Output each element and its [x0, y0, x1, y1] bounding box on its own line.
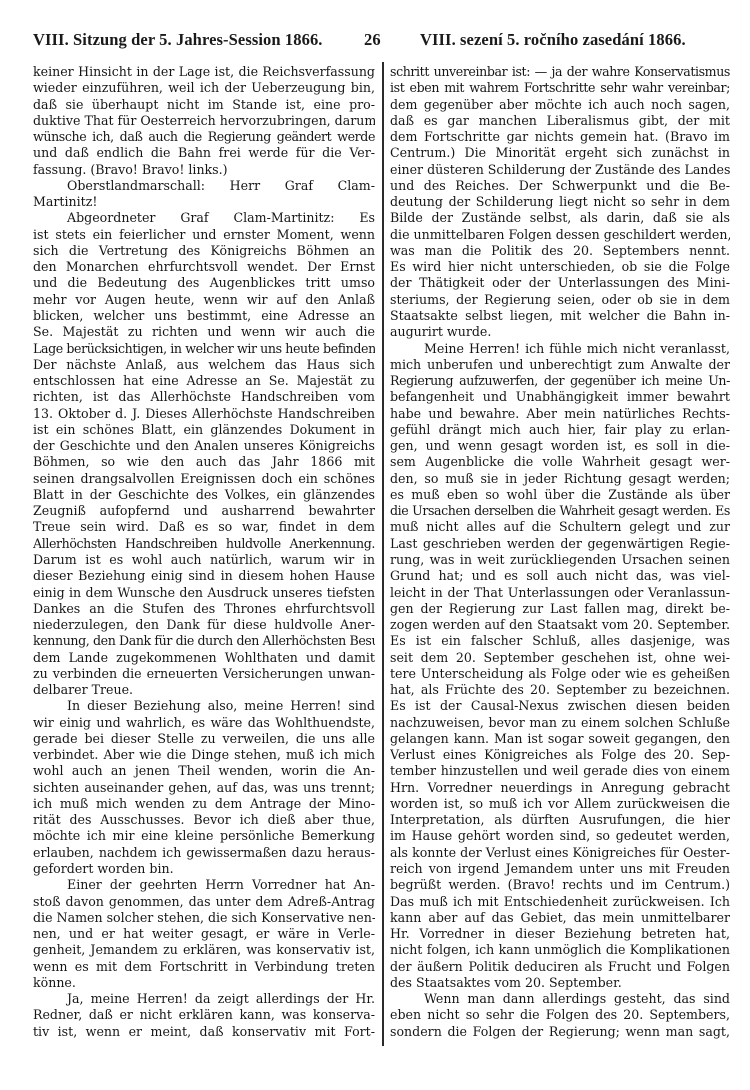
- text-line: mich unberufen und unberechtigt zum Anwa…: [390, 357, 730, 373]
- text-line: wünsche ich, daß auch die Regierung geän…: [33, 129, 375, 145]
- text-line: muß nicht alles auf die Schultern gelegt…: [390, 519, 730, 535]
- text-line: rung, was in weit zurückliegenden Ursach…: [390, 552, 730, 568]
- text-line: daß sie überhaupt nicht im Stande ist, e…: [33, 97, 375, 113]
- text-line: duktive That für Oesterreich hervorzubri…: [33, 113, 375, 129]
- right-column-text: schritt unvereinbar ist: — ja der wahre …: [390, 64, 730, 1040]
- text-line: wir einig und wahrlich, es wäre das Wohl…: [33, 715, 375, 731]
- text-line: möchte ich mir eine kleine persönliche B…: [33, 828, 375, 844]
- text-line: dem Lande zugekommenen Wohlthaten und da…: [33, 650, 375, 666]
- text-line: Blatt in der Geschichte des Volkes, ein …: [33, 487, 375, 503]
- text-line: kann aber auf das Gebiet, das mein unmit…: [390, 910, 730, 926]
- text-line: keiner Hinsicht in der Lage ist, die Rei…: [33, 64, 375, 80]
- text-line: 13. Oktober d. J. Dieses Allerhöchste Ha…: [33, 406, 375, 422]
- text-line: Darum ist es wohl auch natürlich, warum …: [33, 552, 375, 568]
- text-line: der Geschichte und den Analen unseres Kö…: [33, 438, 375, 454]
- text-line: Redner, daß er nicht erklären kann, was …: [33, 1007, 375, 1023]
- text-line: delbarer Treue.: [33, 682, 375, 698]
- text-line: der Thätigkeit oder der Unterlassungen d…: [390, 275, 730, 291]
- text-line: dem gegenüber aber möchte ich auch noch …: [390, 97, 730, 113]
- text-line: und daß endlich die Bahn frei werde für …: [33, 145, 375, 161]
- text-line: deutung der Schilderung liegt nicht so s…: [390, 194, 730, 210]
- text-line: Centrum.) Die Minorität ergeht sich zunä…: [390, 145, 730, 161]
- text-line: wieder einzuführen, weil ich der Ueberze…: [33, 80, 375, 96]
- text-line: ich muß mich wenden zu dem Antrage der M…: [33, 796, 375, 812]
- text-line: tiv ist, wenn er meint, daß konservativ …: [33, 1024, 375, 1040]
- text-line: sichten auseinander gehen, auf das, was …: [33, 780, 375, 796]
- document-page: VIII. Sitzung der 5. Jahres-Session 1866…: [0, 0, 750, 1090]
- text-line: gefordert worden bin.: [33, 861, 375, 877]
- text-line: sem Augenblicke die volle Wahrheit gesag…: [390, 454, 730, 470]
- text-line: Einer der geehrten Herrn Vorredner hat A…: [33, 877, 375, 893]
- text-line: sondern die Folgen der Regierung; wenn m…: [390, 1024, 730, 1040]
- text-line: Bilde der Zustände selbst, als darin, da…: [390, 210, 730, 226]
- running-header: VIII. Sitzung der 5. Jahres-Session 1866…: [30, 30, 730, 50]
- text-line: Martinitz!: [33, 194, 375, 210]
- text-line: wenn es mit dem Fortschritt in Verbindun…: [33, 959, 375, 975]
- text-line: könne.: [33, 975, 375, 991]
- text-line: den, so muß sie in jeder Richtung gesagt…: [390, 471, 730, 487]
- text-line: es muß eben so wohl über die Zustände al…: [390, 487, 730, 503]
- text-line: Se. Majestät zu richten und wenn wir auc…: [33, 324, 375, 340]
- column-divider: [382, 62, 384, 1046]
- text-line: worden ist, so muß ich vor Allem zurückw…: [390, 796, 730, 812]
- text-line: kennung, den Dank für die durch den Alle…: [33, 633, 375, 649]
- text-line: steriums, der Regierung seien, oder ob s…: [390, 292, 730, 308]
- text-line: die unmittelbaren Folgen dessen geschild…: [390, 227, 730, 243]
- text-line: ist eben mit wahrem Fortschritte sehr wa…: [390, 80, 730, 96]
- text-line: Hr. Vorredner in dieser Beziehung betret…: [390, 926, 730, 942]
- text-line: Meine Herren! ich fühle mich nicht veran…: [390, 341, 730, 357]
- text-line: dem Fortschritte gar nichts gemein hat. …: [390, 129, 730, 145]
- text-line: zogen werden auf den Staatsakt vom 20. S…: [390, 617, 730, 633]
- text-line: ist ein schönes Blatt, ein glänzendes Do…: [33, 422, 375, 438]
- text-line: Es wird hier nicht unterschieden, ob sie…: [390, 259, 730, 275]
- text-line: genheit, Jemandem zu erklären, was konse…: [33, 942, 375, 958]
- text-line: Zeugniß aufopfernd und ausharrend bewahr…: [33, 503, 375, 519]
- text-line: die Namen solcher stehen, die sich Konse…: [33, 910, 375, 926]
- text-line: einer düsteren Schilderung der Zustände …: [390, 162, 730, 178]
- text-line: Böhmen, so wie den auch das Jahr 1866 mi…: [33, 454, 375, 470]
- text-line: als konnte der Verlust eines Königreiche…: [390, 845, 730, 861]
- text-line: richten, ist das Allerhöchste Handschrei…: [33, 389, 375, 405]
- text-line: Allerhöchsten Handschreiben huldvolle An…: [33, 536, 375, 552]
- text-line: hat, als Früchte des 20. September zu be…: [390, 682, 730, 698]
- text-line: nen, und er hat weiter gesagt, er wäre i…: [33, 926, 375, 942]
- header-czech-title: VIII. sezení 5. ročního zasedání 1866.: [420, 30, 686, 50]
- text-line: niederzulegen, den Dank für diese huldvo…: [33, 617, 375, 633]
- text-line: Wenn man dann allerdings gesteht, das si…: [390, 991, 730, 1007]
- text-line: Der nächste Anlaß, aus welchem das Haus …: [33, 357, 375, 373]
- text-line: stoß davon genommen, das unter dem Adreß…: [33, 894, 375, 910]
- text-line: sich die Vertretung des Königreichs Böhm…: [33, 243, 375, 259]
- text-line: Dankes an die Stufen des Thrones ehrfurc…: [33, 601, 375, 617]
- text-line: augurirt wurde.: [390, 324, 730, 340]
- text-line: und die Bedeutung des Augenblickes tritt…: [33, 275, 375, 291]
- text-line: In dieser Beziehung also, meine Herren! …: [33, 698, 375, 714]
- text-line: entschlossen hat eine Adresse an Se. Maj…: [33, 373, 375, 389]
- text-line: gefühl drängt mich auch hier, fair play …: [390, 422, 730, 438]
- text-line: Regierung aufzuwerfen, der gegenüber ich…: [390, 373, 730, 389]
- text-line: Hrn. Vorredner neuerdings in Anregung ge…: [390, 780, 730, 796]
- text-line: schritt unvereinbar ist: — ja der wahre …: [390, 64, 730, 80]
- text-line: eben nicht so sehr die Folgen des 20. Se…: [390, 1007, 730, 1023]
- text-line: fassung. (Bravo! Bravo! links.): [33, 162, 375, 178]
- text-line: Interpretation, als dürften Ausrufungen,…: [390, 812, 730, 828]
- text-line: mehr vor Augen heute, wenn wir auf den A…: [33, 292, 375, 308]
- text-line: Verlust eines Königreiches als Folge des…: [390, 747, 730, 763]
- page-number: 26: [364, 30, 381, 50]
- text-line: Oberstlandmarschall: Herr Graf Clam-: [33, 178, 375, 194]
- text-line: wohl auch an jenen Theil wenden, worin d…: [33, 763, 375, 779]
- text-line: Grund hat; und es soll auch nicht das, w…: [390, 568, 730, 584]
- text-line: Staatsakte selbst liegen, mit welcher di…: [390, 308, 730, 324]
- text-line: seinen drangsalvollen Ereignissen doch e…: [33, 471, 375, 487]
- text-line: gen, und wenn gesagt worden ist, es soll…: [390, 438, 730, 454]
- text-line: gerade bei dieser Stelle zu verweilen, d…: [33, 731, 375, 747]
- text-line: Abgeordneter Graf Clam-Martinitz: Es: [33, 210, 375, 226]
- text-line: rität des Ausschusses. Bevor ich dieß ab…: [33, 812, 375, 828]
- text-line: reich von irgend Jemandem unter uns mit …: [390, 861, 730, 877]
- text-line: Das muß ich mit Entschiedenheit zurückwe…: [390, 894, 730, 910]
- text-line: seit dem 20. September geschehen ist, oh…: [390, 650, 730, 666]
- text-line: Treue sein wird. Daß es so war, findet i…: [33, 519, 375, 535]
- text-line: tember hinzustellen und weil gerade dies…: [390, 763, 730, 779]
- text-line: befangenheit und Unabhängigkeit immer be…: [390, 389, 730, 405]
- text-line: Lage berücksichtigen, in welcher wir uns…: [33, 341, 375, 357]
- text-line: gen der Regierung zur Last fallen mag, d…: [390, 601, 730, 617]
- text-line: die Ursachen derselben die Wahrheit gesa…: [390, 503, 730, 519]
- text-line: habe und bewahre. Aber mein natürliches …: [390, 406, 730, 422]
- text-line: zu verbinden die erneuerten Versicherung…: [33, 666, 375, 682]
- text-line: erlauben, nachdem ich gewissermaßen dazu…: [33, 845, 375, 861]
- text-line: und des Reiches. Der Schwerpunkt und die…: [390, 178, 730, 194]
- text-line: Last geschrieben werden der gegenwärtige…: [390, 536, 730, 552]
- text-line: einig in dem Wunsche den Ausdruck unsere…: [33, 585, 375, 601]
- text-line: nachzuweisen, bevor man zu einem solchen…: [390, 715, 730, 731]
- text-line: Ja, meine Herren! da zeigt allerdings de…: [33, 991, 375, 1007]
- text-line: Es ist ein falscher Schluß, alles dasjen…: [390, 633, 730, 649]
- text-line: ist stets ein feierlicher und ernster Mo…: [33, 227, 375, 243]
- header-german-title: VIII. Sitzung der 5. Jahres-Session 1866…: [33, 30, 323, 50]
- text-line: begrüßt werden. (Bravo! rechts und im Ce…: [390, 877, 730, 893]
- text-line: blicken, welcher uns bestimmt, eine Adre…: [33, 308, 375, 324]
- text-line: den Monarchen ehrfurchtsvoll wendet. Der…: [33, 259, 375, 275]
- text-line: verbindet. Aber wie die Dinge stehen, mu…: [33, 747, 375, 763]
- text-line: dieser Beziehung einig sind in diesem ho…: [33, 568, 375, 584]
- left-column-text: keiner Hinsicht in der Lage ist, die Rei…: [33, 64, 375, 1040]
- text-line: tere Unterscheidung als Folge oder wie e…: [390, 666, 730, 682]
- text-line: was man die Politik des 20. Septembers n…: [390, 243, 730, 259]
- text-line: leicht in der That Unterlassungen oder V…: [390, 585, 730, 601]
- text-line: des Staatsaktes vom 20. September.: [390, 975, 730, 991]
- text-line: der äußern Politik deduciren als Frucht …: [390, 959, 730, 975]
- text-line: gelangen kann. Man ist sogar soweit gega…: [390, 731, 730, 747]
- text-line: nicht folgen, ich kann unmöglich die Kom…: [390, 942, 730, 958]
- text-line: daß es gar manchen Liberalismus gibt, de…: [390, 113, 730, 129]
- text-line: im Hause gehört worden sind, so gedeutet…: [390, 828, 730, 844]
- text-line: Es ist der Causal-Nexus zwischen diesen …: [390, 698, 730, 714]
